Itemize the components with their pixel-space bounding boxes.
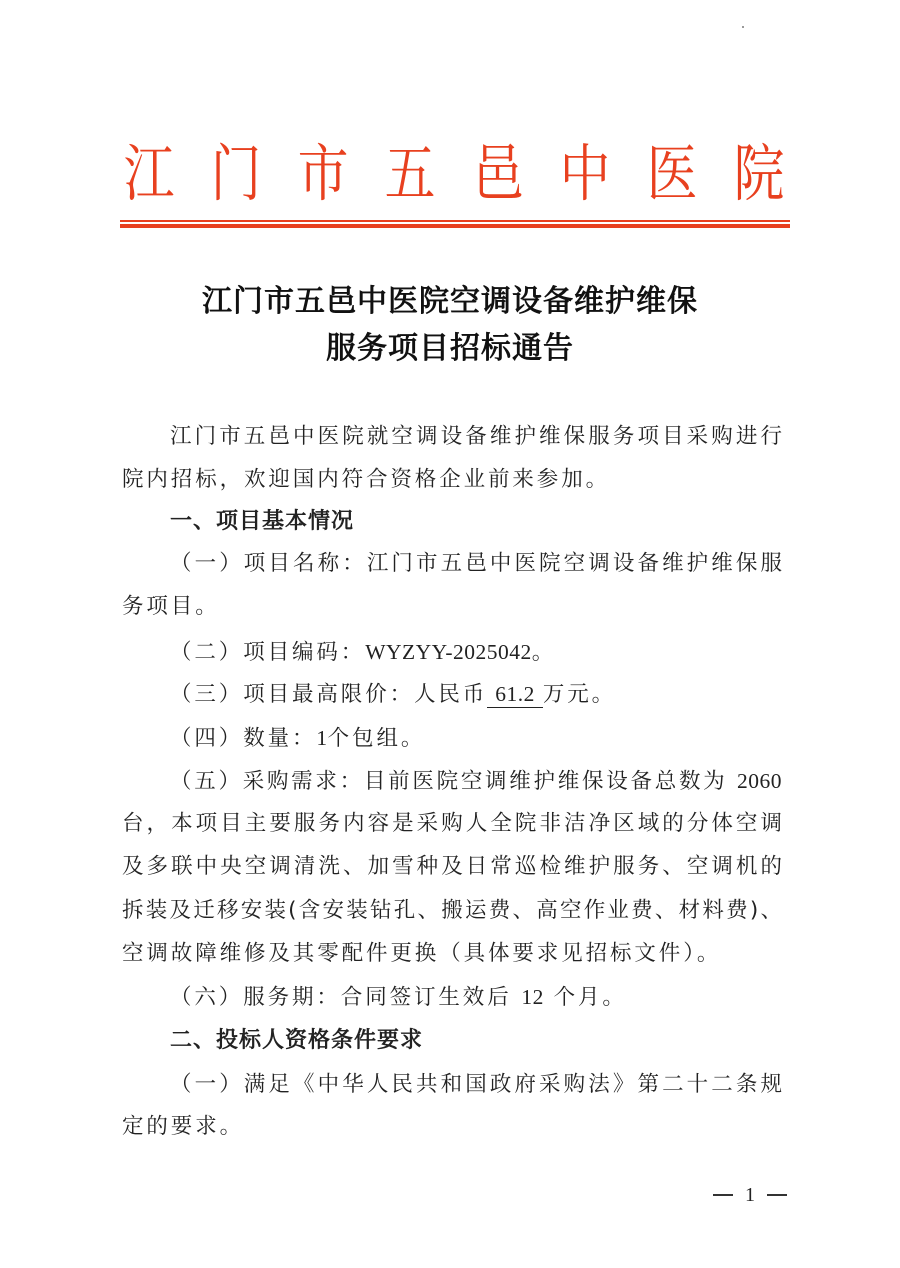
item-1-6-service-period: （六）服务期：合同签订生效后 12 个月。 [170, 982, 782, 1012]
project-code-label: （二）项目编码： [170, 640, 365, 665]
service-period-suffix: 个月。 [554, 985, 627, 1010]
item-2-1-line-2: 定的要求。 [122, 1112, 782, 1142]
masthead-char: 五 [385, 138, 436, 210]
red-masthead: 江 门 市 五 邑 中 医 院 [118, 138, 790, 210]
item-1-5-line-5: 空调故障维修及其零配件更换（具体要求见招标文件）。 [122, 939, 782, 969]
intro-line-1: 江门市五邑中医院就空调设备维护维保服务项目采购进行 [170, 422, 782, 452]
item-2-1-line-1: （一）满足《中华人民共和国政府采购法》第二十二条规 [170, 1070, 782, 1100]
item-1-5-line-3: 及多联中央空调清洗、加雪种及日常巡检维护服务、空调机的 [122, 852, 782, 882]
scan-speck [742, 26, 744, 28]
masthead-char: 医 [646, 138, 697, 210]
title-line-2: 服务项目招标通告 [100, 325, 800, 372]
document-page: 江 门 市 五 邑 中 医 院 江门市五邑中医院空调设备维护维保 服务项目招标通… [0, 0, 900, 1268]
masthead-divider-thin [120, 220, 790, 222]
service-period-prefix: （六）服务期：合同签订生效后 [170, 985, 512, 1010]
masthead-char: 院 [734, 138, 785, 210]
max-price-unit: 万元。 [543, 682, 616, 707]
page-number-dash-left [713, 1194, 733, 1196]
masthead-char: 中 [559, 138, 610, 210]
page-number: 1 [700, 1182, 800, 1208]
equipment-count: 2060 [737, 769, 782, 793]
item-1-4-quantity: （四）数量：1个包组。 [170, 723, 782, 753]
masthead-char: 邑 [472, 138, 523, 210]
page-number-dash-right [767, 1194, 787, 1196]
item-1-2-project-code: （二）项目编码：WYZYY-2025042。 [170, 637, 782, 667]
title-line-1: 江门市五邑中医院空调设备维护维保 [100, 278, 800, 325]
project-code-value: WYZYY-2025042 [365, 640, 532, 664]
masthead-char: 江 [124, 138, 175, 210]
section-2-heading: 二、投标人资格条件要求 [170, 1026, 782, 1056]
max-price-label: （三）项目最高限价：人民币 [170, 682, 487, 707]
quantity-unit: 个包组。 [328, 726, 426, 751]
item-1-5-line-2: 台，本项目主要服务内容是采购人全院非洁净区域的分体空调 [122, 809, 782, 839]
quantity-label: （四）数量： [170, 726, 316, 751]
max-price-amount: 61.2 [487, 681, 543, 708]
item-1-1-line-1: （一）项目名称：江门市五邑中医院空调设备维护维保服 [170, 549, 782, 579]
masthead-divider-thick [120, 224, 790, 228]
item-1-5-line-4: 拆装及迁移安装(含安装钻孔、搬运费、高空作业费、材料费)、 [122, 896, 782, 926]
section-1-heading: 一、项目基本情况 [170, 507, 782, 537]
quantity-value: 1 [316, 726, 327, 750]
page-number-value: 1 [745, 1184, 755, 1207]
item-1-5-line-1: （五）采购需求：目前医院空调维护维保设备总数为 2060 [170, 766, 782, 796]
requirement-prefix: （五）采购需求：目前医院空调维护维保设备总数为 [170, 769, 727, 794]
project-code-end: 。 [532, 640, 556, 665]
item-1-1-line-2: 务项目。 [122, 592, 782, 622]
masthead-char: 市 [298, 138, 349, 210]
service-period-months: 12 [521, 985, 544, 1009]
masthead-char: 门 [211, 138, 262, 210]
document-title: 江门市五邑中医院空调设备维护维保 服务项目招标通告 [100, 278, 800, 372]
intro-line-2: 院内招标，欢迎国内符合资格企业前来参加。 [122, 465, 782, 495]
item-1-3-max-price: （三）项目最高限价：人民币61.2万元。 [170, 680, 782, 710]
